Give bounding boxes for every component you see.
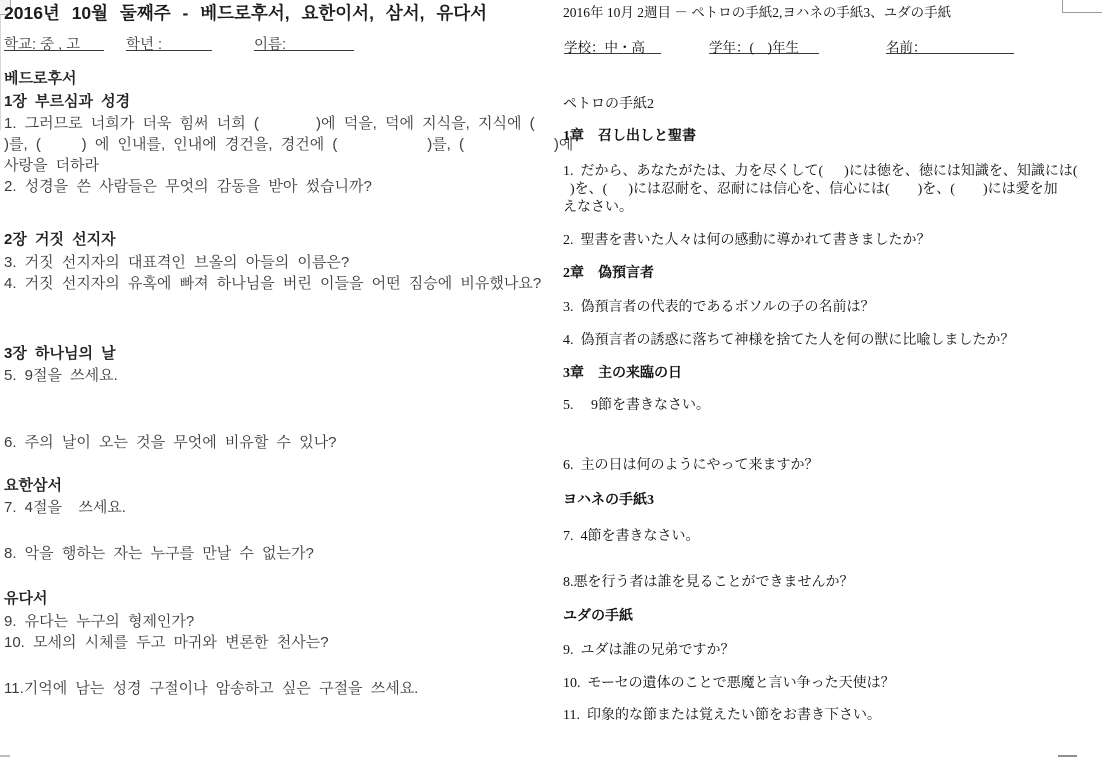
korean-chapter-1: 1장 부르심과 성경 xyxy=(4,91,130,112)
japanese-q1-line3: えなさい。 xyxy=(563,199,633,217)
korean-q1-line3: 사랑을 더하라 xyxy=(4,155,99,176)
japanese-chapter-1: 1章 召し出しと聖書 xyxy=(563,128,696,146)
japanese-book-3john: ヨハネの手紙3 xyxy=(563,492,654,510)
korean-q2: 2. 성경을 쓴 사람들은 무엇의 감동을 받아 썼습니까? xyxy=(4,176,372,197)
japanese-q4: 4. 偽預言者の誘惑に落ちて神様を捨てた人を何の獣に比喩しましたか？ xyxy=(563,332,1014,350)
korean-school-field: 학교: 중 , 고 xyxy=(4,33,104,51)
japanese-name-field: 名前： xyxy=(886,36,1014,54)
korean-book-2peter: 베드로후서 xyxy=(4,68,76,89)
japanese-q1-line1: 1. だから、あなたがたは、力を尽くして( )には徳を、徳には知識を、知識には( xyxy=(563,163,1077,181)
page-corner-mark-bottom-right xyxy=(1058,755,1077,757)
korean-q8: 8. 악을 행하는 자는 누구를 만날 수 없는가? xyxy=(4,543,314,564)
japanese-q11: 11. 印象的な節または覚えたい節をお書き下さい。 xyxy=(563,707,881,725)
japanese-chapter-2: 2章 偽預言者 xyxy=(563,265,654,283)
korean-q9: 9. 유다는 누구의 형제인가? xyxy=(4,611,194,632)
japanese-book-2peter: ペトロの手紙2 xyxy=(563,96,654,114)
japanese-book-jude: ユダの手紙 xyxy=(563,608,633,626)
japanese-grade-field: 学年：( )年生 xyxy=(709,36,819,54)
korean-chapter-3: 3장 하나님의 날 xyxy=(4,343,116,364)
korean-q7: 7. 4절을 쓰세요. xyxy=(4,497,126,518)
japanese-q5: 5. 9節を書きなさい。 xyxy=(563,397,710,415)
japanese-chapter-3: 3章 主の来臨の日 xyxy=(563,365,682,383)
japanese-q9: 9. ユダは誰の兄弟ですか？ xyxy=(563,642,735,660)
japanese-q10: 10. モーセの遺体のことで悪魔と言い争った天使は？ xyxy=(563,675,895,693)
worksheet-page: 2016년 10월 둘째주 - 베드로후서, 요한이서, 삼서, 유다서 학교:… xyxy=(0,0,1102,760)
korean-q5: 5. 9절을 쓰세요. xyxy=(4,365,118,386)
page-corner-mark-top-right xyxy=(1062,0,1102,13)
page-left-edge-line xyxy=(0,0,1,130)
korean-grade-field: 학년 : xyxy=(126,33,212,51)
japanese-q6: 6. 主の日は何のようにやって来ますか？ xyxy=(563,457,819,475)
korean-book-jude: 유다서 xyxy=(4,588,47,609)
japanese-q3: 3. 偽預言者の代表的であるボソルの子の名前は？ xyxy=(563,299,875,317)
korean-q10: 10. 모세의 시체를 두고 마귀와 변론한 천사는? xyxy=(4,632,329,653)
korean-q3: 3. 거짓 선지자의 대표격인 브올의 아들의 이름은? xyxy=(4,252,349,273)
korean-q11: 11.기억에 남는 성경 구절이나 암송하고 싶은 구절을 쓰세요. xyxy=(4,678,418,699)
japanese-q2: 2. 聖書を書いた人々は何の感動に導かれて書きましたか？ xyxy=(563,232,931,250)
japanese-q8: 8.悪を行う者は誰を見ることができませんか？ xyxy=(563,574,854,592)
korean-q4: 4. 거짓 선지자의 유혹에 빠져 하나님을 버린 이들을 어떤 짐승에 비유했… xyxy=(4,273,541,294)
japanese-q7: 7. 4節を書きなさい。 xyxy=(563,528,700,546)
japanese-school-field: 学校：中・高 xyxy=(564,36,661,54)
japanese-title: 2016年 10月 2週目 － ペトロの手紙2,ヨハネの手紙3、ユダの手紙 xyxy=(563,4,951,22)
korean-q6: 6. 주의 날이 오는 것을 무엇에 비유할 수 있나? xyxy=(4,432,337,453)
korean-q1-line2: )를, ( ) 에 인내를, 인내에 경건을, 경건에 ( )를, ( )에 xyxy=(4,134,573,155)
japanese-q1-line2: )を、( )には忍耐を、忍耐には信心を、信心には( )を、( )には愛を加 xyxy=(563,181,1058,199)
page-corner-mark-bottom-left xyxy=(0,755,10,757)
korean-title: 2016년 10월 둘째주 - 베드로후서, 요한이서, 삼서, 유다서 xyxy=(4,3,487,24)
korean-chapter-2: 2장 거짓 선지자 xyxy=(4,229,116,250)
korean-book-3john: 요한삼서 xyxy=(4,475,62,496)
korean-name-field: 이름: xyxy=(254,33,354,51)
korean-q1-line1: 1. 그러므로 너희가 더욱 힘써 너희 ( )에 덕을, 덕에 지식을, 지식… xyxy=(4,113,535,134)
